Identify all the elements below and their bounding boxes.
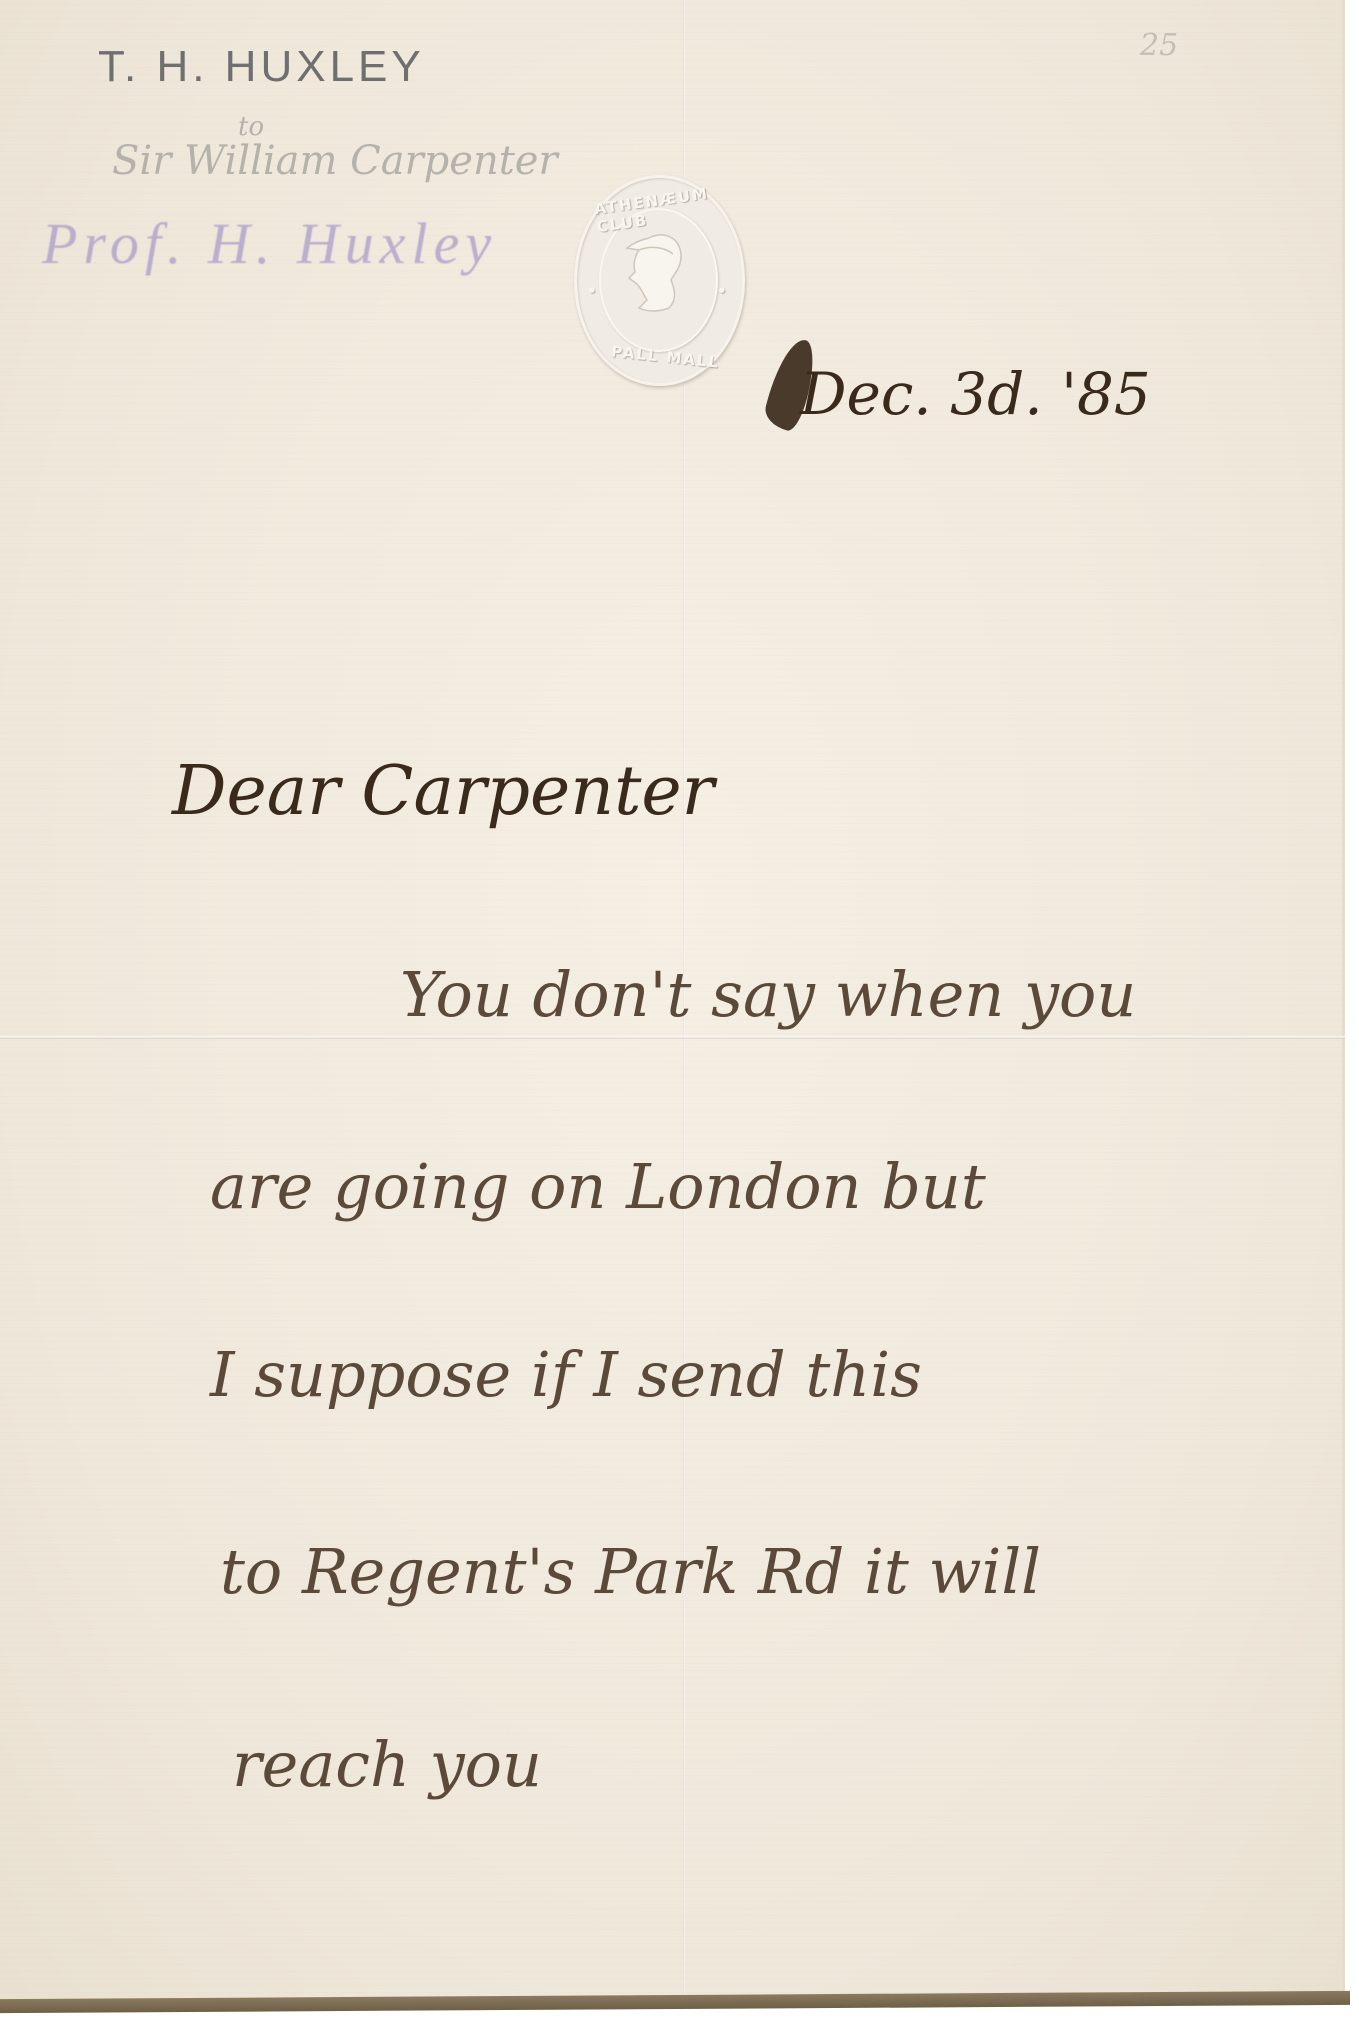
pencil-title-annotation: T. H. HUXLEY (98, 42, 425, 92)
seal-separator-right: • (717, 282, 729, 300)
letter-line-5: reach you (232, 1728, 542, 1801)
pencil-recipient-annotation: Sir William Carpenter (112, 138, 558, 184)
seal-separator-left: • (587, 282, 599, 300)
letter-date: Dec. 3d. '85 (800, 360, 1151, 428)
letter-salutation: Dear Carpenter (172, 752, 714, 831)
letter-line-2: are going on London but (210, 1150, 986, 1223)
horizontal-fold-crease (0, 1036, 1345, 1039)
letter-line-1: You don't say when you (400, 958, 1136, 1031)
minerva-head-icon (619, 228, 689, 318)
page-number-annotation: 25 (1140, 28, 1178, 63)
letter-line-3: I suppose if I send this (210, 1338, 922, 1411)
letter-line-4: to Regent's Park Rd it will (220, 1535, 1041, 1608)
purple-ownership-stamp: Prof. H. Huxley (42, 210, 497, 277)
athenaeum-club-embossed-seal: ATHENÆUM CLUB • • PALL MALL (574, 175, 745, 386)
